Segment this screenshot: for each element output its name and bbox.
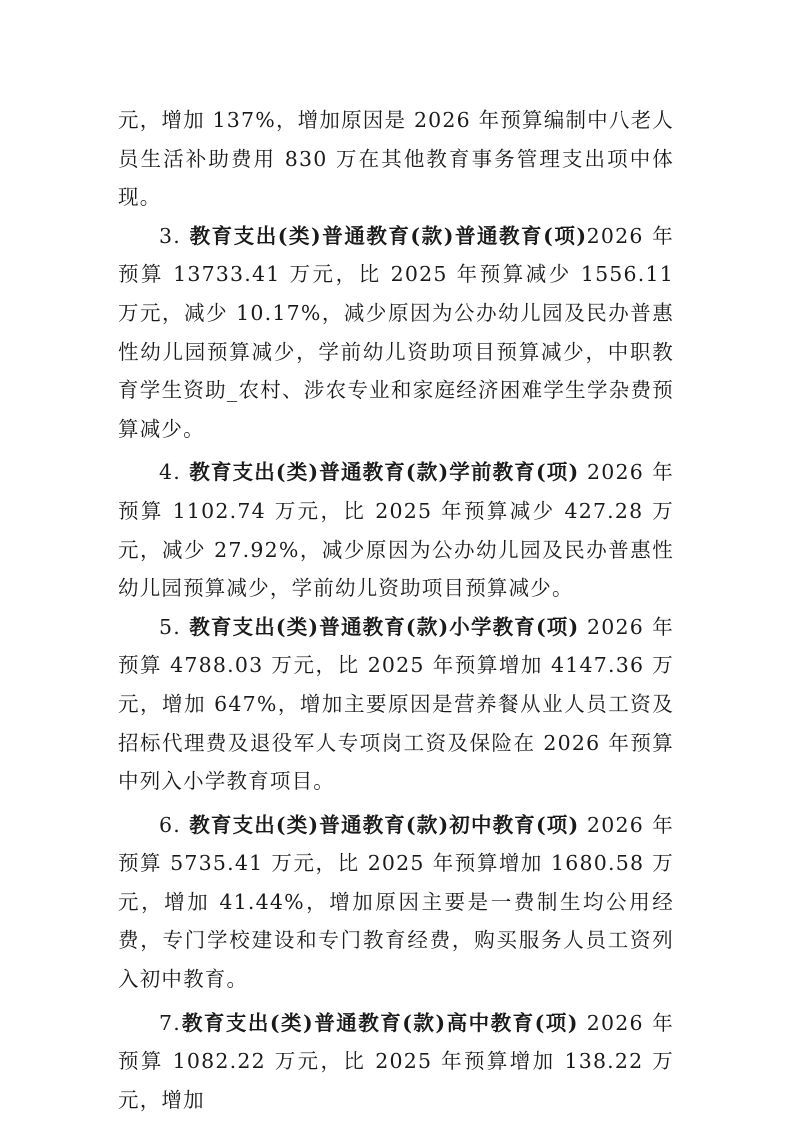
paragraph-item-3: 3. 教育支出(类)普通教育(款)普通教育(项)2026 年预算 13733.4… — [118, 217, 674, 449]
paragraph-body: 2026 年预算 13733.41 万元，比 2025 年预算减少 1556.1… — [118, 224, 674, 441]
paragraph-item-5: 5. 教育支出(类)普通教育(款)小学教育(项) 2026 年预算 4788.0… — [118, 608, 674, 801]
item-heading: 教育支出(类)普通教育(款)高中教育(项) — [181, 1011, 578, 1035]
item-heading: 教育支出(类)普通教育(款)初中教育(项) — [189, 813, 579, 837]
paragraph-item-4: 4. 教育支出(类)普通教育(款)学前教育(项) 2026 年预算 1102.7… — [118, 453, 674, 607]
item-heading: 教育支出(类)普通教育(款)小学教育(项) — [189, 615, 579, 639]
item-number: 7. — [159, 1011, 181, 1035]
paragraph-item-7: 7.教育支出(类)普通教育(款)高中教育(项) 2026 年预算 1082.22… — [118, 1004, 674, 1120]
paragraph-body: 元，增加 137%，增加原因是 2026 年预算编制中八老人员生活补助费用 83… — [118, 108, 674, 209]
paragraph-continuation: 元，增加 137%，增加原因是 2026 年预算编制中八老人员生活补助费用 83… — [118, 101, 674, 217]
paragraph-item-6: 6. 教育支出(类)普通教育(款)初中教育(项) 2026 年预算 5735.4… — [118, 806, 674, 999]
item-number: 3. — [159, 224, 190, 248]
item-heading: 教育支出(类)普通教育(款)普通教育(项) — [190, 224, 587, 248]
item-heading: 教育支出(类)普通教育(款)学前教育(项) — [189, 460, 579, 484]
paragraph-body: 2026 年预算 4788.03 万元，比 2025 年预算增加 4147.36… — [118, 615, 674, 793]
item-number: 4. — [159, 460, 189, 484]
item-number: 5. — [159, 615, 189, 639]
document-page: 元，增加 137%，增加原因是 2026 年预算编制中八老人员生活补助费用 83… — [118, 101, 674, 1119]
paragraph-body: 2026 年预算 5735.41 万元，比 2025 年预算增加 1680.58… — [118, 813, 674, 991]
item-number: 6. — [159, 813, 189, 837]
